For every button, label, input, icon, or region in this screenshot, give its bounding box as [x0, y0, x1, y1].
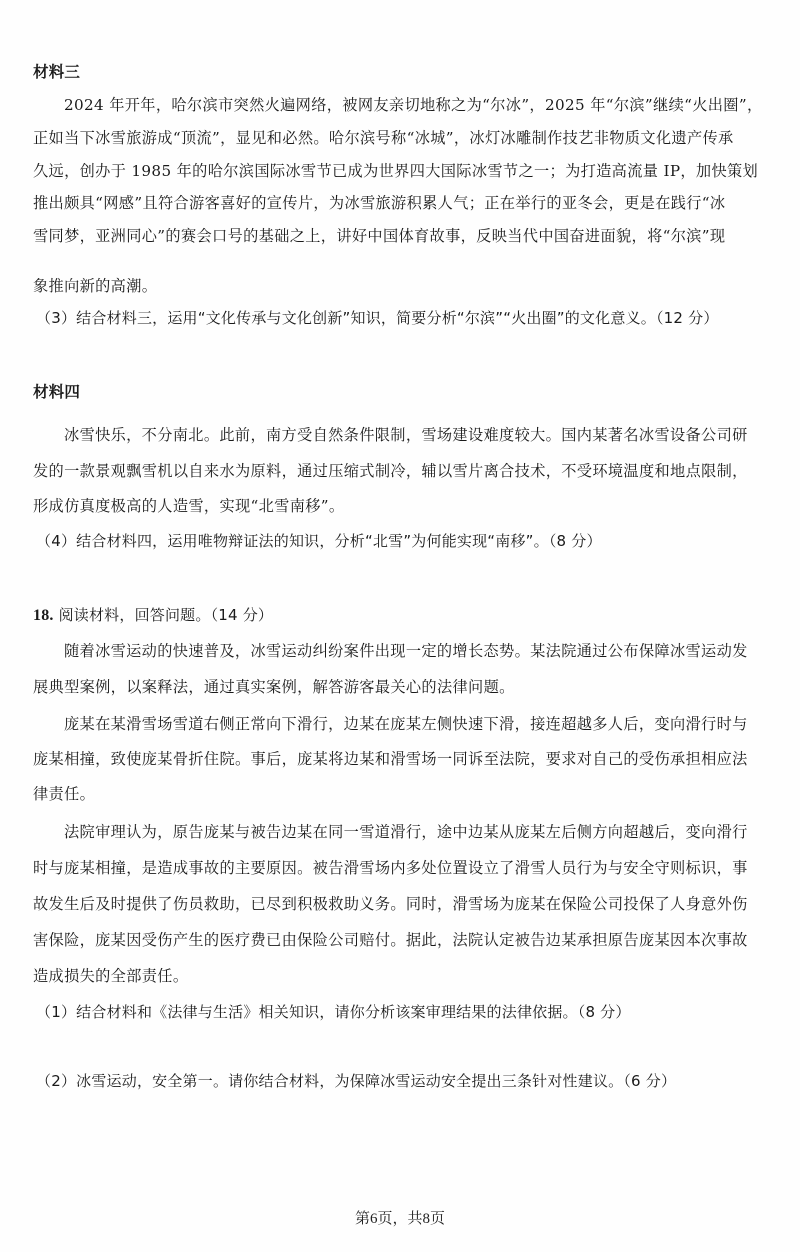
- q18-paragraph-line: 故发生后及时提供了伤员救助，已尽到积极救助义务。同时，滑雪场为庞某在保险公司投保…: [33, 894, 748, 914]
- q18-paragraph-line: 时与庞某相撞，是造成事故的主要原因。被告滑雪场内多处位置设立了滑雪人员行为与安全…: [33, 858, 748, 878]
- question-number: 18.: [33, 607, 54, 624]
- q18-paragraph-line: 随着冰雪运动的快速普及，冰雪运动纠纷案件出现一定的增长态势。某法院通过公布保障冰…: [64, 641, 748, 661]
- q18-paragraph-line: 展典型案例，以案释法，通过真实案例，解答游客最关心的法律问题。: [33, 677, 515, 697]
- q18-paragraph-line: 害保险，庞某因受伤产生的医疗费已由保险公司赔付。据此，法院认定被告边某承担原告庞…: [33, 930, 748, 950]
- material-3-line: 2024 年开年，哈尔滨市突然火遍网络，被网友亲切地称之为“尔冰”，2025 年…: [64, 95, 763, 115]
- material-4-line: 形成仿真度极高的人造雪，实现“北雪南移”。: [33, 496, 344, 516]
- material-4-heading: 材料四: [33, 382, 80, 402]
- q18-paragraph-line: 造成损失的全部责任。: [33, 966, 188, 986]
- question-18-2: （2）冰雪运动，安全第一。请你结合材料，为保障冰雪运动安全提出三条针对性建议。（…: [36, 1071, 676, 1091]
- exam-page: 材料三 2024 年开年，哈尔滨市突然火遍网络，被网友亲切地称之为“尔冰”，20…: [0, 0, 800, 1252]
- material-3-line: 雪同梦，亚洲同心”的赛会口号的基础之上，讲好中国体育故事，反映当代中国奋进面貌，…: [33, 226, 725, 246]
- material-3-heading: 材料三: [33, 62, 80, 82]
- q18-paragraph-line: 庞某相撞，致使庞某骨折住院。事后，庞某将边某和滑雪场一同诉至法院，要求对自己的受…: [33, 749, 748, 769]
- material-4-line: 发的一款景观飘雪机以自来水为原料，通过压缩式制冷，辅以雪片离合技术，不受环境温度…: [33, 461, 748, 481]
- q18-paragraph-line: 庞某在某滑雪场雪道右侧正常向下滑行，边某在庞某左侧快速下滑，接连超越多人后，变向…: [64, 714, 748, 734]
- page-footer: 第6页，共8页: [0, 1207, 800, 1228]
- q18-paragraph-line: 律责任。: [33, 784, 95, 804]
- question-4: （4）结合材料四，运用唯物辩证法的知识，分析“北雪”为何能实现“南移”。（8 分…: [36, 531, 602, 551]
- question-18-header: 18. 阅读材料，回答问题。（14 分）: [33, 605, 273, 626]
- material-4-line: 冰雪快乐，不分南北。此前，南方受自然条件限制，雪场建设难度较大。国内某著名冰雪设…: [64, 425, 748, 445]
- question-3: （3）结合材料三，运用“文化传承与文化创新”知识，简要分析“尔滨”“火出圈”的文…: [36, 308, 719, 328]
- material-3-line: 久远，创办于 1985 年的哈尔滨国际冰雪节已成为世界四大国际冰雪节之一；为打造…: [33, 161, 758, 181]
- material-3-line: 推出颇具“网感”且符合游客喜好的宣传片，为冰雪旅游积累人气；正在举行的亚冬会，更…: [33, 193, 725, 213]
- question-18-title: 阅读材料，回答问题。（14 分）: [59, 606, 274, 624]
- q18-paragraph-line: 法院审理认为，原告庞某与被告边某在同一雪道滑行，途中边某从庞某左后侧方向超越后，…: [64, 822, 748, 842]
- material-3-line: 正如当下冰雪旅游成“顶流”，显见和必然。哈尔滨号称“冰城”，冰灯冰雕制作技艺非物…: [33, 128, 734, 148]
- material-3-line: 象推向新的高潮。: [33, 276, 157, 296]
- question-18-1: （1）结合材料和《法律与生活》相关知识，请你分析该案审理结果的法律依据。（8 分…: [36, 1002, 631, 1022]
